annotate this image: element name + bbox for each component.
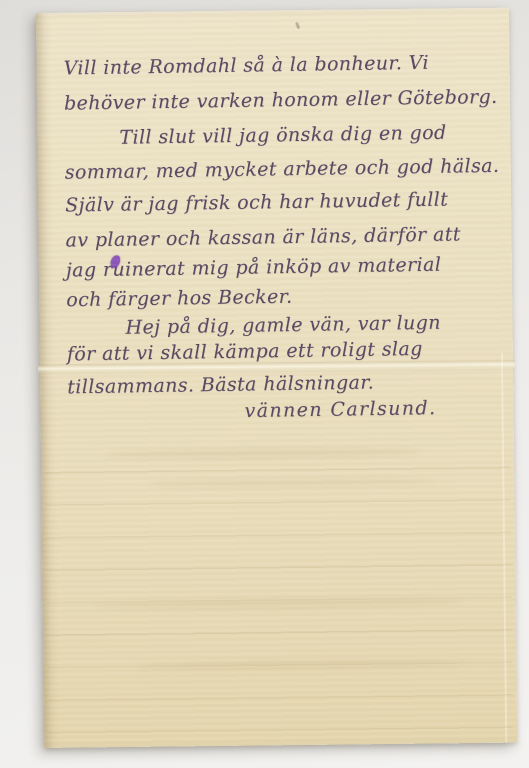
letter-paper: Vill inte Romdahl så à la bonheur. Vi be…: [36, 8, 517, 748]
pencil-mark: [295, 22, 300, 30]
handwriting-line: Hej på dig, gamle vän, var lugn: [125, 312, 441, 339]
handwriting-line: och färger hos Becker.: [66, 286, 293, 312]
handwriting-line: sommar, med mycket arbete och god hälsa.: [65, 155, 500, 184]
handwriting-line: av planer och kassan är läns, därför att: [65, 223, 461, 251]
photo-background: Vill inte Romdahl så à la bonheur. Vi be…: [0, 0, 529, 768]
handwriting-line: Själv är jag frisk och har huvudet fullt: [65, 189, 448, 217]
signature-line: vännen Carlsund.: [244, 397, 436, 422]
handwriting-line: jag ruinerat mig på inköp av material: [66, 254, 442, 282]
handwriting-line: behöver inte varken honom eller Göteborg…: [64, 86, 498, 115]
handwriting-line: Till slut vill jag önska dig en god: [119, 122, 446, 149]
handwriting-line: tillsammans. Bästa hälsningar.: [67, 372, 374, 399]
handwriting-line: Vill inte Romdahl så à la bonheur. Vi: [63, 52, 429, 80]
